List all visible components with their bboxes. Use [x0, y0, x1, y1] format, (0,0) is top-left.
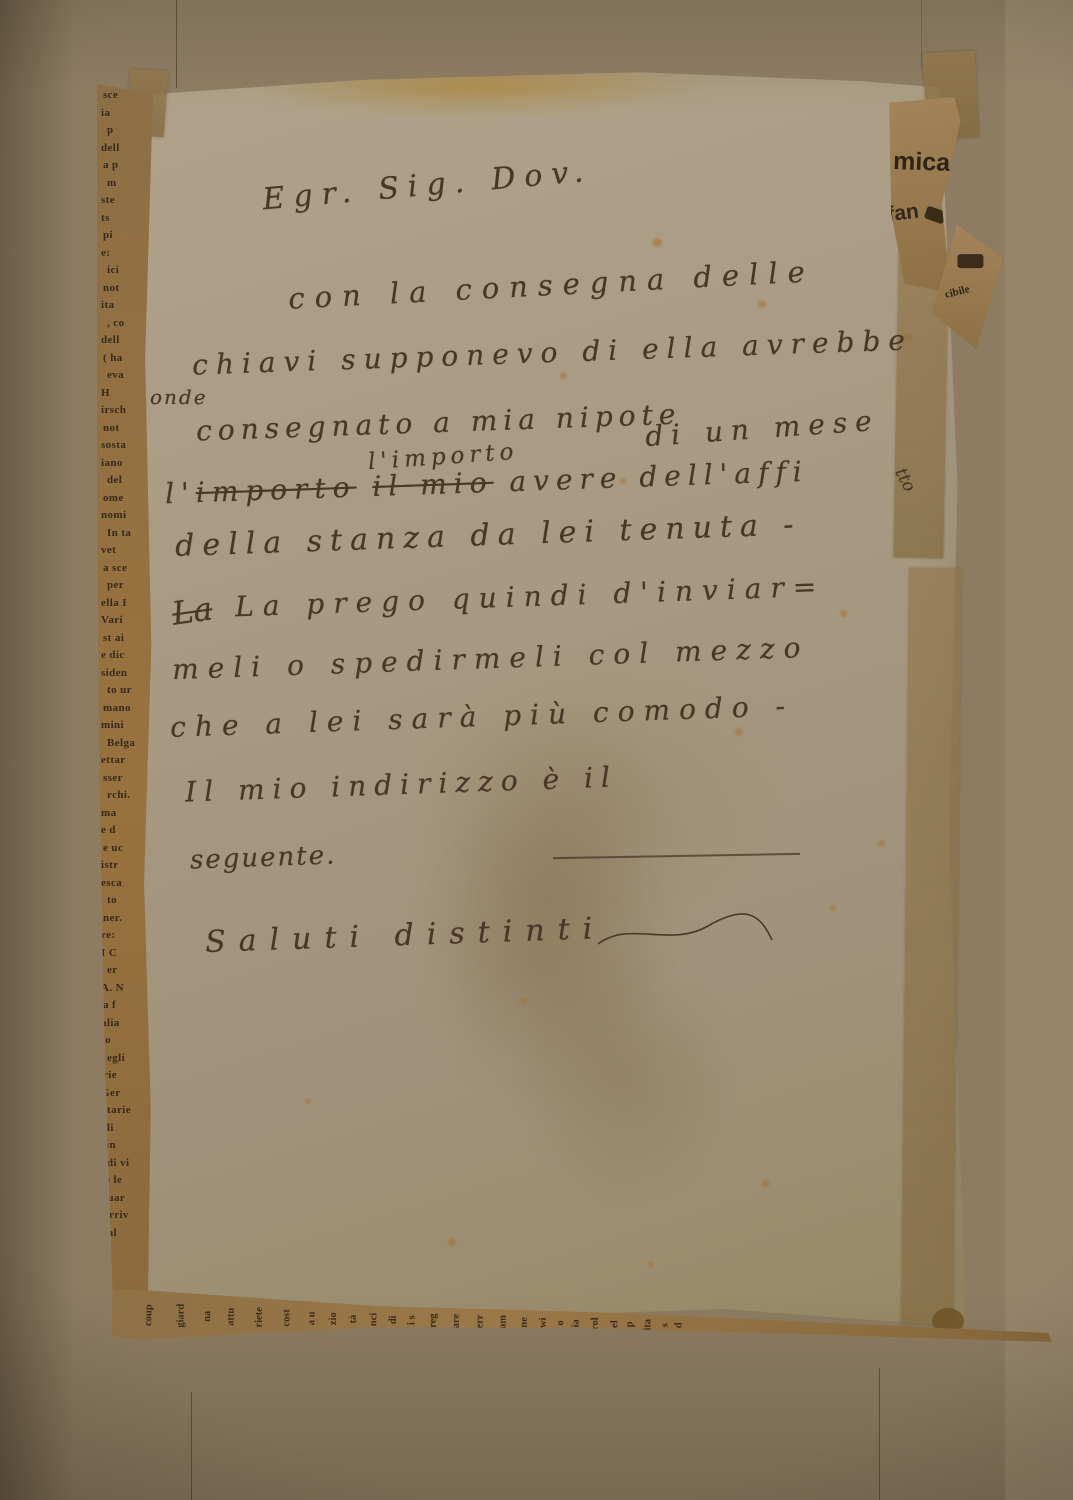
album-page-photo: sceiapdella pmstetspie:icinotita, codell…: [0, 0, 1073, 1500]
newsprint-fragment: ici: [107, 262, 153, 280]
foxing-spot: [652, 238, 662, 247]
newsprint-fragment: reg: [427, 1313, 438, 1328]
newsprint-fragment: dell: [101, 332, 153, 350]
newsprint-fragment: p: [107, 122, 153, 140]
newsprint-fragment: arriv: [103, 1207, 153, 1225]
newsprint-fragment: ste: [101, 192, 153, 210]
newsprint-fragment: ettar: [101, 752, 153, 770]
pencil-guide-bottom-right: [879, 1368, 880, 1500]
newsprint-fragment: re:: [101, 927, 153, 945]
tape-right-lower: [901, 568, 961, 1326]
newsprint-fragment: rol: [590, 1317, 601, 1330]
newsprint-fragment: err: [474, 1314, 485, 1328]
newsprint-fragment: p: [624, 1321, 635, 1327]
newsprint-fragment: am: [497, 1314, 508, 1328]
pencil-guide-top-right: [921, 0, 922, 70]
newsprint-fragment: ita: [642, 1318, 653, 1330]
letter-margin-insert: onde: [150, 385, 208, 409]
foxing-spot: [648, 1262, 654, 1268]
newsprint-fragment: el: [609, 1320, 620, 1328]
newsprint-column-text: sceiapdella pmstetspie:icinotita, codell…: [97, 84, 153, 1260]
newsprint-fragment: irsch: [101, 402, 153, 420]
newsprint-fragment: ne: [518, 1317, 529, 1328]
newsprint-fragment: nci: [368, 1312, 379, 1326]
newsprint-fragment: e dic: [101, 647, 153, 665]
newsprint-fragment: mano: [103, 700, 153, 718]
newsprint-fragment: e:: [101, 245, 153, 263]
newsprint-fragment: m: [107, 175, 153, 193]
newsprint-fragment: s: [659, 1322, 670, 1326]
newsprint-bold-word: mica: [893, 147, 951, 178]
newsprint-fragment: e d: [101, 822, 153, 840]
foxing-spot: [520, 998, 527, 1005]
newsprint-fragment: Vari: [101, 612, 153, 630]
newsprint-fragment: er: [107, 962, 153, 980]
newsprint-fragment: a p: [103, 157, 153, 175]
newsprint-fragment: A. N: [101, 980, 153, 998]
newsprint-fragment: to ur: [107, 682, 153, 700]
newsprint-fragment: not: [103, 420, 153, 438]
newspaper-strip-left: sceiapdella pmstetspie:icinotita, codell…: [97, 84, 153, 1332]
newsprint-fragment: te le: [101, 1172, 153, 1190]
newsprint-fragment: H: [101, 385, 153, 403]
newsprint-fragment: d: [673, 1322, 684, 1328]
newsprint-fragment: rchi.: [107, 787, 153, 805]
newsprint-fragment: st ai: [103, 630, 153, 648]
struck-word: La: [170, 589, 215, 632]
newsprint-fragment: rie: [103, 1067, 153, 1085]
newsprint-fragment: fo: [101, 1032, 153, 1050]
foxing-spot: [735, 728, 743, 736]
foxing-spot: [448, 1238, 456, 1246]
newsprint-fragment: zio: [328, 1312, 339, 1325]
ink-smudge: [957, 254, 983, 268]
newsprint-fragment: di vi: [107, 1155, 153, 1173]
struck-word: il mio: [372, 466, 494, 503]
pencil-guide-top-left: [176, 0, 177, 88]
newsprint-fragment: quar: [101, 1190, 153, 1208]
newsprint-fragment: di: [388, 1315, 399, 1324]
newsprint-fragment: tarie: [107, 1102, 153, 1120]
newsprint-fragment: ia: [570, 1319, 581, 1327]
foxing-spot: [560, 372, 567, 379]
yellow-stain-top: [180, 54, 800, 112]
newsprint-fragment: wi: [538, 1317, 549, 1328]
newsprint-fragment: na: [202, 1310, 213, 1321]
newsprint-fragment: per: [107, 577, 153, 595]
letter-text: avere: [509, 461, 624, 498]
newsprint-fragment: o: [555, 1320, 566, 1325]
newsprint-fragment: riete: [253, 1306, 264, 1327]
newsprint-fragment: a u: [306, 1311, 317, 1325]
newsprint-fragment: are: [451, 1313, 462, 1328]
newsprint-fragment: i s: [406, 1315, 417, 1325]
foxing-spot: [840, 610, 847, 617]
newsprint-fragment: pi: [103, 227, 153, 245]
newsprint-fragment: cost: [281, 1308, 292, 1326]
pencil-guide-bottom-left: [191, 1392, 192, 1500]
newsprint-fragment: ita: [101, 297, 153, 315]
foxing-spot: [305, 1098, 311, 1104]
newsprint-fragment: dell: [101, 140, 153, 158]
newsprint-fragment: not: [103, 280, 153, 298]
newsprint-fragment: Belga: [107, 735, 153, 753]
newsprint-fragment: In ta: [107, 525, 153, 543]
newsprint-fragment: i al: [101, 1225, 153, 1243]
letter-text: l': [165, 476, 197, 510]
newsprint-fragment: a sce: [103, 560, 153, 578]
newsprint-fragment: giard: [175, 1303, 186, 1327]
closing-flourish: [596, 912, 776, 958]
newsprint-fragment: un: [103, 1137, 153, 1155]
foxing-spot: [830, 905, 836, 911]
water-stain-lower: [480, 912, 770, 1242]
newsprint-fragment: I C: [101, 945, 153, 963]
newsprint-fragment: mini: [101, 717, 153, 735]
newsprint-fragment: ali: [101, 1120, 153, 1138]
letter-line: seguente.: [190, 840, 337, 875]
newsprint-fragment: ia: [101, 105, 153, 123]
letter-text: dell'affi: [639, 455, 810, 494]
newsprint-fragment: sosta: [101, 437, 153, 455]
newsprint-fragment: ts: [101, 210, 153, 228]
newsprint-fragment: del: [107, 472, 153, 490]
newsprint-fragment: egli: [107, 1050, 153, 1068]
newsprint-fragment: alia: [101, 1015, 153, 1033]
newsprint-fragment: ella I: [101, 595, 153, 613]
newsprint-fragment: ma: [101, 805, 153, 823]
newsprint-fragment: vet: [101, 542, 153, 560]
newsprint-fragment: sser: [103, 770, 153, 788]
newsprint-fragment: nomi: [101, 507, 153, 525]
foxing-spot: [762, 1180, 769, 1187]
newsprint-fragment: a f: [103, 997, 153, 1015]
newsprint-fragment: iano: [101, 455, 153, 473]
newsprint-fragment: 2.: [101, 1242, 153, 1260]
newsprint-fragment: Ger: [101, 1085, 153, 1103]
light-band-right: [1005, 0, 1073, 1500]
newsprint-fragment: tà: [348, 1314, 359, 1323]
newsprint-fragment: ome: [103, 490, 153, 508]
struck-word: importo: [195, 471, 357, 510]
foxing-spot: [758, 300, 766, 308]
newsprint-small-word: cibile: [944, 283, 971, 301]
foxing-spot: [878, 840, 885, 847]
newsprint-fragment: attu: [225, 1307, 236, 1325]
newsprint-fragment: siden: [101, 665, 153, 683]
newsprint-fragment: coup: [143, 1304, 154, 1326]
